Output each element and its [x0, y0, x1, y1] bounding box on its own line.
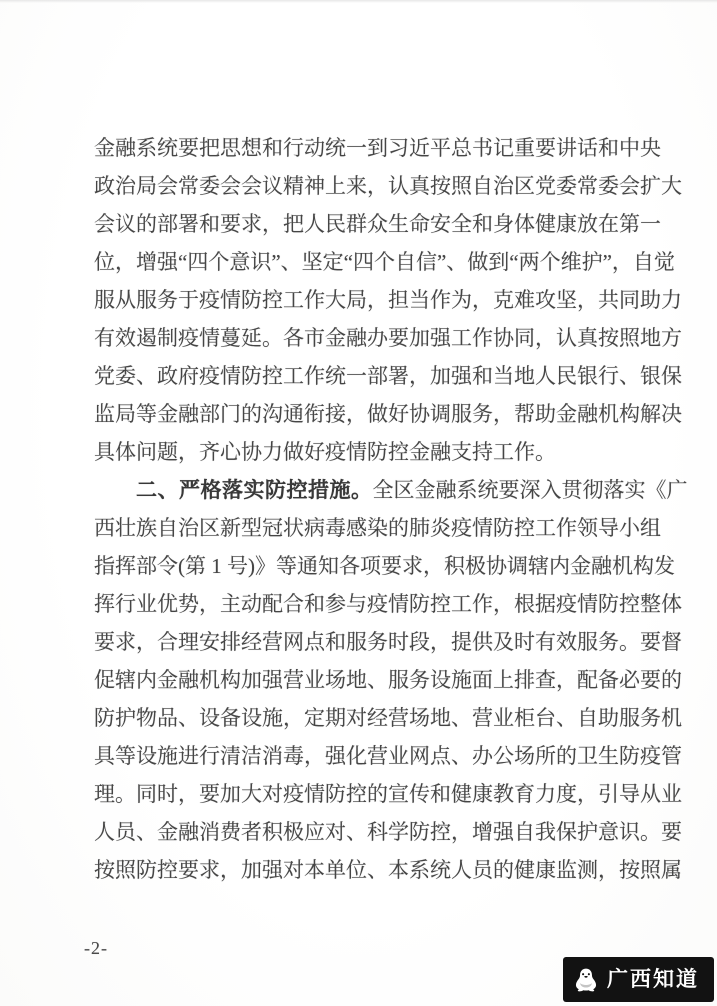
- text-line: 监局等金融部门的沟通衔接，做好协调服务，帮助金融机构解决: [94, 395, 628, 433]
- text-line: 金融系统要把思想和行动统一到习近平总书记重要讲话和中央: [94, 129, 628, 167]
- paragraph-heading-line: 二、严格落实防控措施。全区金融系统要深入贯彻落实《广: [94, 471, 628, 509]
- text-line: 理。同时，要加大对疫情防控的宣传和健康教育力度，引导从业: [94, 775, 628, 813]
- text-line: 防护物品、设备设施，定期对经营场地、营业柜台、自助服务机: [94, 699, 628, 737]
- text-line: 挥行业优势，主动配合和参与疫情防控工作，根据疫情防控整体: [94, 585, 628, 623]
- text-line: 具等设施进行清洁消毒，强化营业网点、办公场所的卫生防疫管: [94, 737, 628, 775]
- scan-edge-line: [0, 0, 717, 3]
- text-line: 党委、政府疫情防控工作统一部署，加强和当地人民银行、银保: [94, 357, 628, 395]
- watermark-label: 广西知道: [607, 969, 699, 990]
- penguin-logo-icon: [572, 966, 600, 994]
- text-line: 会议的部署和要求，把人民群众生命安全和身体健康放在第一: [94, 205, 628, 243]
- page-number: -2-: [84, 938, 108, 959]
- section-heading: 二、严格落实防控措施。: [136, 478, 373, 502]
- text-line: 服从服务于疫情防控工作大局，担当作为，克难攻坚，共同助力: [94, 281, 628, 319]
- text-line: 指挥部令(第 1 号)》等通知各项要求，积极协调辖内金融机构发: [94, 547, 628, 585]
- document-text-block: 金融系统要把思想和行动统一到习近平总书记重要讲话和中央 政治局会常委会会议精神上…: [94, 129, 628, 889]
- text-line: 人员、金融消费者积极应对、科学防控，增强自我保护意识。要: [94, 813, 628, 851]
- text-line: 全区金融系统要深入贯彻落实《广: [373, 478, 688, 502]
- text-line: 位，增强“四个意识”、坚定“四个自信”、做到“两个维护”，自觉: [94, 243, 628, 281]
- text-line: 促辖内金融机构加强营业场地、服务设施面上排查，配备必要的: [94, 661, 628, 699]
- text-line: 按照防控要求，加强对本单位、本系统人员的健康监测，按照属: [94, 851, 628, 889]
- text-line: 西壮族自治区新型冠状病毒感染的肺炎疫情防控工作领导小组: [94, 509, 628, 547]
- watermark-badge: 广西知道: [563, 957, 714, 1002]
- text-line: 政治局会常委会会议精神上来，认真按照自治区党委常委会扩大: [94, 167, 628, 205]
- paragraph-end-line: 具体问题，齐心协力做好疫情防控金融支持工作。: [94, 433, 628, 471]
- text-line: 要求，合理安排经营网点和服务时段，提供及时有效服务。要督: [94, 623, 628, 661]
- scanned-document-page: 金融系统要把思想和行动统一到习近平总书记重要讲话和中央 政治局会常委会会议精神上…: [0, 0, 717, 1006]
- text-line: 有效遏制疫情蔓延。各市金融办要加强工作协同，认真按照地方: [94, 319, 628, 357]
